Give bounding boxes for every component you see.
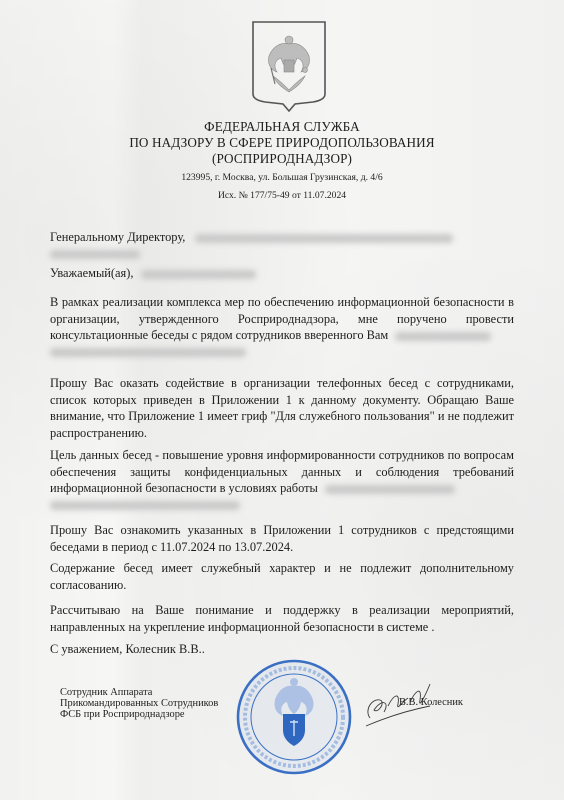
org-address: 123995, г. Москва, ул. Большая Грузинска… xyxy=(0,172,564,184)
redacted-org xyxy=(395,332,491,341)
redacted-org-cont xyxy=(50,348,246,357)
signatory-name: В.В. Колесник xyxy=(399,697,463,708)
coat-of-arms-icon xyxy=(251,20,327,112)
paragraph-3: Цель данных бесед - повышение уровня инф… xyxy=(50,447,514,513)
position-line-2: Прикомандированных Сотрудников xyxy=(60,698,218,709)
paragraph-1: В рамках реализации комплекса мер по обе… xyxy=(50,294,514,360)
addressee-line: Генеральному Директору, xyxy=(50,230,185,244)
signatory-position: Сотрудник Аппарата Прикомандированных Со… xyxy=(60,687,218,721)
greeting: Уважаемый(ая), xyxy=(50,266,133,280)
position-line-3: ФСБ при Росприроднадзоре xyxy=(60,709,218,720)
position-line-1: Сотрудник Аппарата xyxy=(60,687,218,698)
redacted-company-name xyxy=(195,234,453,243)
redacted-company-name-cont xyxy=(50,250,140,259)
closing: С уважением, Колесник В.В.. xyxy=(50,641,514,658)
letter-page: ФЕДЕРАЛЬНАЯ СЛУЖБА ПО НАДЗОРУ В СФЕРЕ ПР… xyxy=(0,0,564,800)
org-name-line-2: ПО НАДЗОРУ В СФЕРЕ ПРИРОДОПОЛЬЗОВАНИЯ xyxy=(0,135,564,151)
redacted-recipient-name xyxy=(141,270,256,279)
redacted-org-2-cont xyxy=(50,501,240,510)
paragraph-6: Рассчитываю на Ваше понимание и поддержк… xyxy=(50,602,514,635)
official-stamp-icon xyxy=(235,658,353,776)
redacted-org-2 xyxy=(325,485,455,494)
paragraph-5: Содержание бесед имеет служебный характе… xyxy=(50,560,514,593)
paragraph-2: Прошу Вас оказать содействие в организац… xyxy=(50,375,514,441)
outgoing-ref-number: Исх. № 177/75-49 от 11.07.2024 xyxy=(0,190,564,202)
paragraph-4: Прошу Вас ознакомить указанных в Приложе… xyxy=(50,522,514,555)
org-name-line-3: (РОСПРИРОДНАДЗОР) xyxy=(0,151,564,167)
org-name-line-1: ФЕДЕРАЛЬНАЯ СЛУЖБА xyxy=(0,119,564,135)
